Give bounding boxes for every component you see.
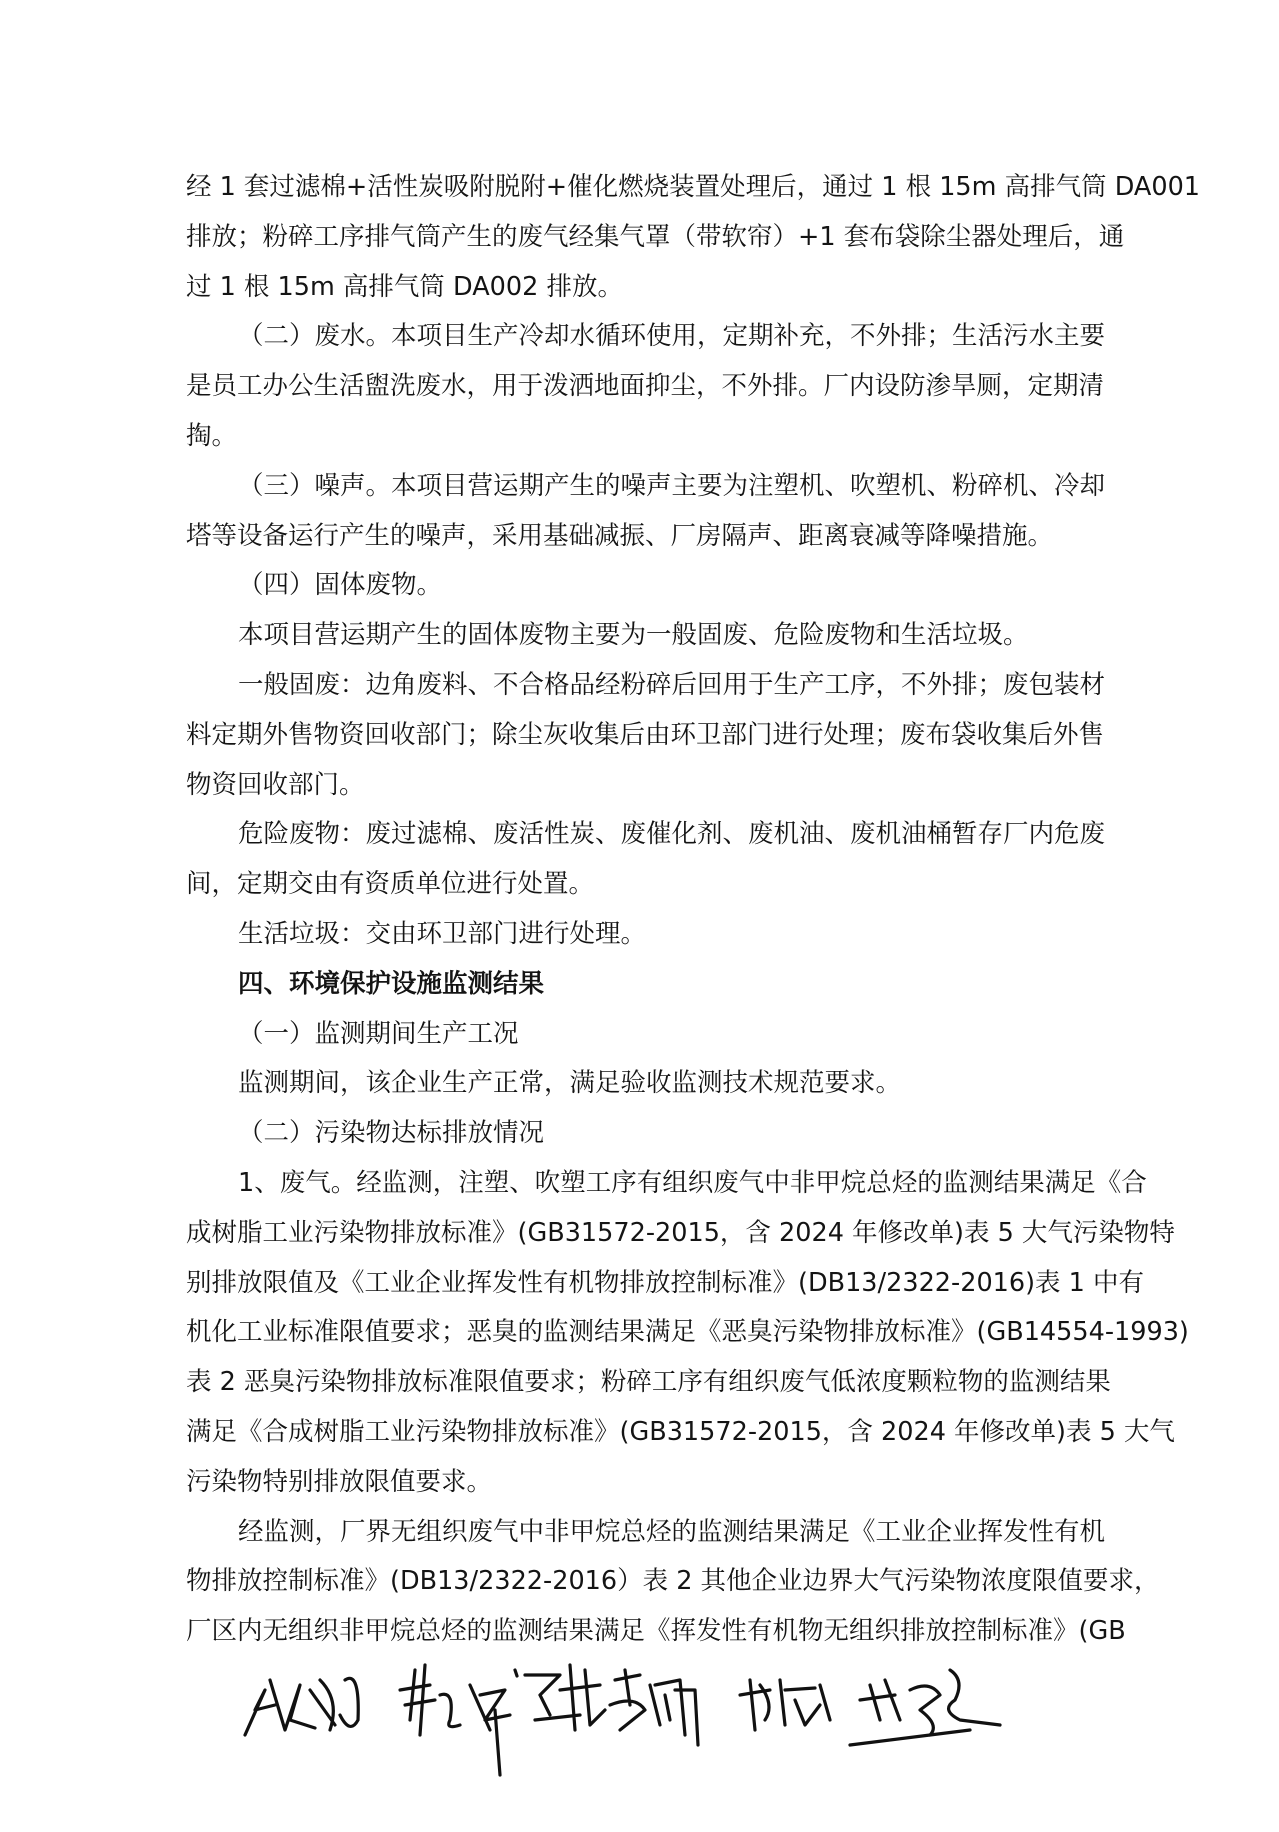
text-line: 别排放限值及《工业企业挥发性有机物排放控制标准》(DB13/2322-2016)… — [186, 1259, 1116, 1309]
text-line: 本项目营运期产生的固体废物主要为一般固废、危险废物和生活垃圾。 — [186, 611, 1116, 661]
signature-6 — [850, 1670, 1000, 1745]
domestic-waste-paragraph: 生活垃圾：交由环卫部门进行处理。 — [186, 910, 1116, 960]
text-line: 监测期间，该企业生产正常，满足验收监测技术规范要求。 — [186, 1059, 1116, 1109]
document-body: 经 1 套过滤棉+活性炭吸附脱附+催化燃烧装置处理后，通过 1 根 15m 高排… — [186, 163, 1116, 1657]
text-line: 物资回收部门。 — [186, 761, 1116, 811]
text-line: 机化工业标准限值要求；恶臭的监测结果满足《恶臭污染物排放标准》(GB14554-… — [186, 1308, 1116, 1358]
section-wastewater: （二）废水。本项目生产冷却水循环使用，定期补充，不外排；生活污水主要 — [186, 312, 1116, 362]
text-line: 料定期外售物资回收部门；除尘灰收集后由环卫部门进行处理；废布袋收集后外售 — [186, 711, 1116, 761]
signature-2 — [400, 1665, 517, 1775]
text-line: 表 2 恶臭污染物排放标准限值要求；粉碎工序有组织废气低浓度颗粒物的监测结果 — [186, 1358, 1116, 1408]
text-line: 过 1 根 15m 高排气筒 DA002 排放。 — [186, 263, 1116, 313]
text-line: 满足《合成树脂工业污染物排放标准》(GB31572-2015，含 2024 年修… — [186, 1408, 1116, 1458]
text-line: 污染物特别排放限值要求。 — [186, 1458, 1116, 1508]
text-line: 掏。 — [186, 412, 1116, 462]
text-line: 成树脂工业污染物排放标准》(GB31572-2015，含 2024 年修改单)表… — [186, 1209, 1116, 1259]
signature-row — [240, 1650, 1220, 1780]
subsection-emission-compliance: （二）污染物达标排放情况 — [186, 1109, 1116, 1159]
signature-3 — [525, 1665, 605, 1730]
exhaust-gas-paragraph: 1、废气。经监测，注塑、吹塑工序有组织废气中非甲烷总烃的监测结果满足《合 — [186, 1159, 1116, 1209]
section-noise: （三）噪声。本项目营运期产生的噪声主要为注塑机、吹塑机、粉碎机、冷却 — [186, 462, 1116, 512]
hazardous-waste-paragraph: 危险废物：废过滤棉、废活性炭、废催化剂、废机油、废机油桶暂存厂内危废 — [186, 810, 1116, 860]
text-line: 排放；粉碎工序排气筒产生的废气经集气罩（带软帘）+1 套布袋除尘器处理后，通 — [186, 213, 1116, 263]
signature-1 — [245, 1678, 358, 1735]
signature-5 — [740, 1680, 830, 1730]
text-line: 是员工办公生活盥洗废水，用于泼洒地面抑尘，不外排。厂内设防渗旱厕，定期清 — [186, 362, 1116, 412]
text-line: 塔等设备运行产生的噪声，采用基础减振、厂房隔声、距离衰减等降噪措施。 — [186, 512, 1116, 562]
subsection-production-conditions: （一）监测期间生产工况 — [186, 1010, 1116, 1060]
general-waste-paragraph: 一般固废：边角废料、不合格品经粉碎后回用于生产工序，不外排；废包装材 — [186, 661, 1116, 711]
signature-4 — [610, 1670, 698, 1745]
text-line: 经 1 套过滤棉+活性炭吸附脱附+催化燃烧装置处理后，通过 1 根 15m 高排… — [186, 163, 1116, 213]
section-heading-monitoring-results: 四、环境保护设施监测结果 — [186, 960, 1116, 1010]
text-line: 物排放控制标准》(DB13/2322-2016）表 2 其他企业边界大气污染物浓… — [186, 1557, 1116, 1607]
fugitive-emission-paragraph: 经监测，厂界无组织废气中非甲烷总烃的监测结果满足《工业企业挥发性有机 — [186, 1508, 1116, 1558]
section-solid-waste: （四）固体废物。 — [186, 561, 1116, 611]
text-line: 间，定期交由有资质单位进行处置。 — [186, 860, 1116, 910]
